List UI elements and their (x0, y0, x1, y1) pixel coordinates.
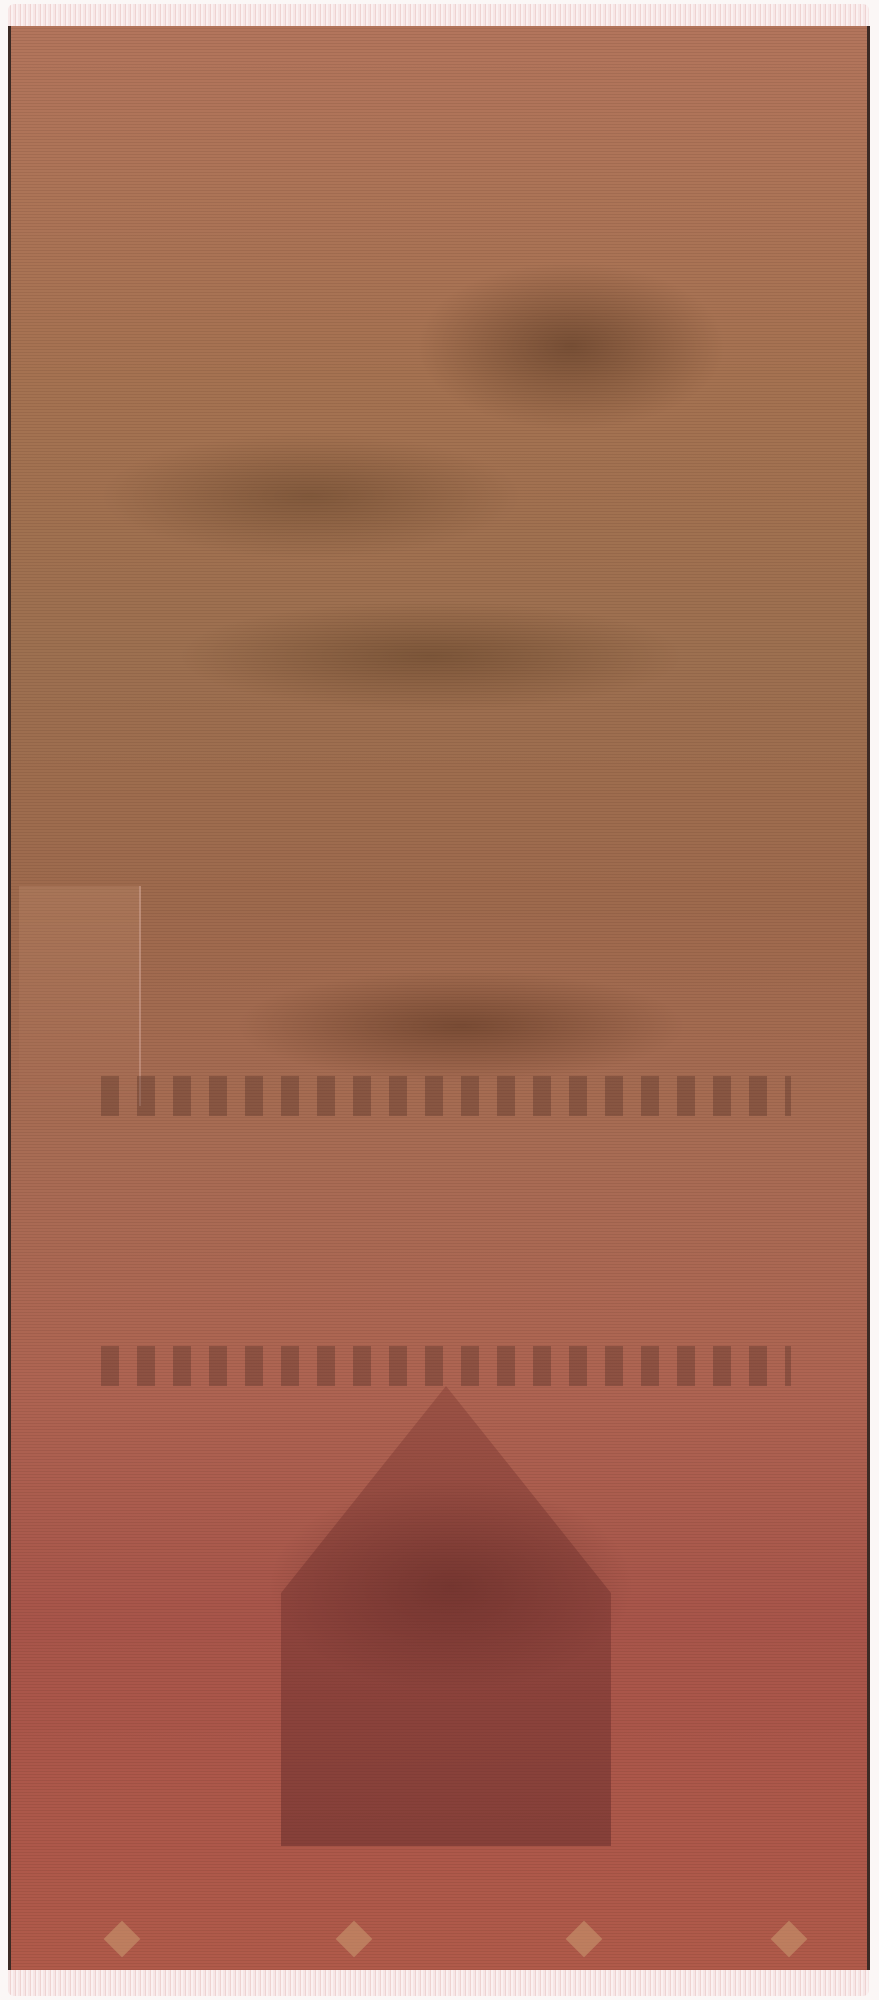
diamond-motif (336, 1921, 373, 1958)
diamond-motif (566, 1921, 603, 1958)
diamond-motif (104, 1921, 141, 1958)
central-medallion (281, 1386, 611, 1846)
pattern-band (101, 1346, 791, 1386)
rug-body (8, 26, 870, 1970)
bottom-fringe (8, 1970, 869, 1996)
pattern-band (101, 1076, 791, 1116)
repaired-patch (19, 886, 141, 1106)
diamond-motif (771, 1921, 808, 1958)
